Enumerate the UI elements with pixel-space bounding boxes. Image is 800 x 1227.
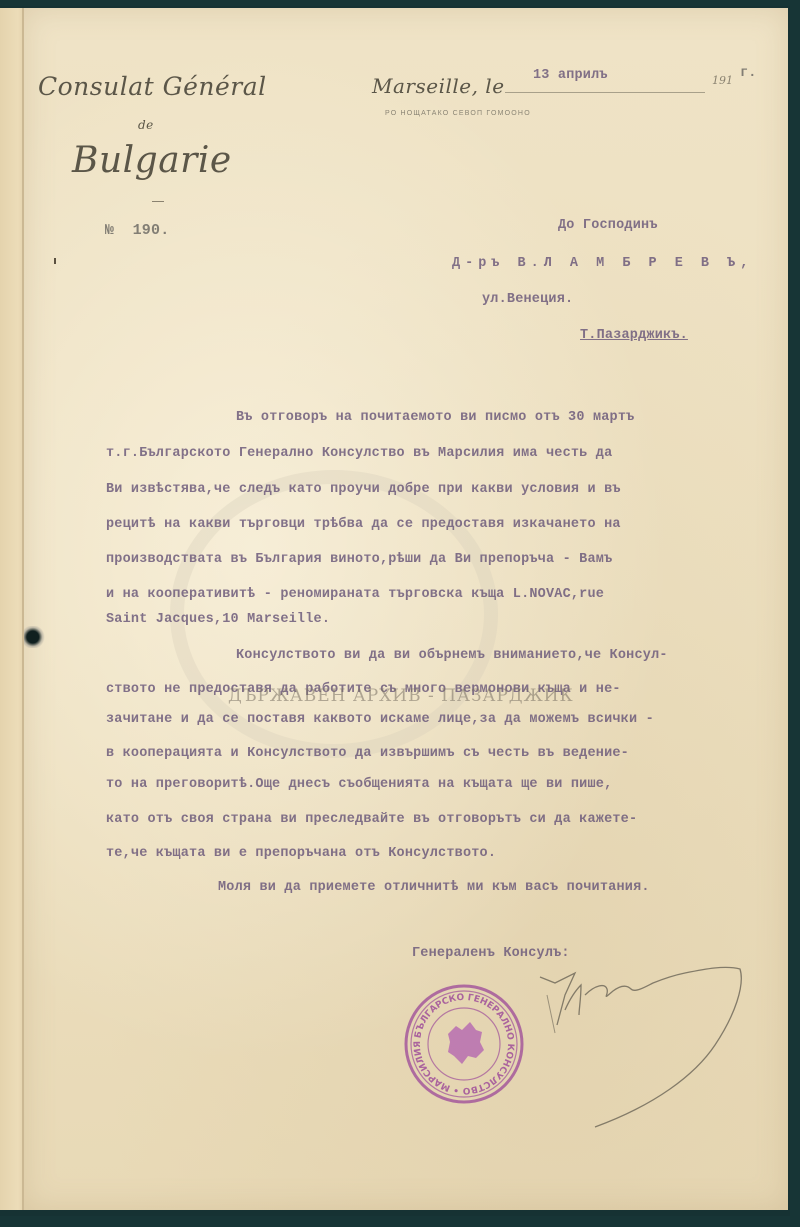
letterhead-rule (152, 201, 164, 202)
year-suffix: г. (740, 66, 757, 81)
body-line: Saint Jacques,10 Marseille. (106, 612, 330, 627)
body-line: Консулството ви да ви обърнемъ вниманиет… (236, 648, 668, 663)
letterhead-de: de (138, 118, 154, 132)
letterhead-printed-subline: РО НОЩАТАКО СЕВОП ГОМООНО (385, 110, 531, 117)
addressee-city: Т.Пазарджикъ. (580, 328, 688, 343)
addressee-street: ул.Венеция. (482, 292, 573, 307)
letterhead-year-prefix: 191 (712, 74, 733, 87)
body-line: Въ отговоръ на почитаемото ви писмо отъ … (236, 410, 634, 425)
paper-mark (54, 258, 56, 264)
body-line: като отъ своя страна ви преследвайте въ … (106, 812, 637, 827)
body-line: зачитане и да се поставя каквото искаме … (106, 712, 654, 727)
addressee-salutation: До Господинъ (558, 218, 658, 233)
letterhead-place: Marseille, le (372, 74, 505, 98)
body-line: производствата въ България виното,рѣши д… (106, 552, 612, 567)
letterhead-bulgarie: Bulgarie (72, 140, 232, 181)
addressee-name: Д-ръ В.Л А М Б Р Е В Ъ, (452, 256, 753, 271)
body-line: те,че къщата ви е препоръчана отъ Консул… (106, 846, 496, 861)
binding-hole-icon (24, 626, 46, 648)
letter-date: 13 априлъ (533, 68, 608, 83)
date-underline (505, 92, 705, 93)
reference-number: № 190. (105, 222, 169, 239)
body-line: Моля ви да приемете отличнитѣ ми към вас… (218, 880, 650, 895)
body-line: и на кооперативитѣ - реномираната търгов… (106, 587, 604, 602)
body-line: Ви извѣстява,че следъ като проучи добре … (106, 482, 621, 497)
handwritten-signature-icon (535, 955, 755, 1130)
letterhead-consulat: Consulat Général (38, 72, 267, 101)
body-line: рецитѣ на какви търговци трѣбва да се пр… (106, 517, 621, 532)
body-line: т.г.Българското Генерално Консулство въ … (106, 446, 612, 461)
archive-watermark: ДЪРЖАВЕН АРХИВ - ПАЗАРДЖИК (228, 686, 574, 706)
consulate-seal-icon: БЪЛГАРСКО ГЕНЕРАЛНО КОНСУЛСТВО • МАРСИЛИ… (402, 982, 526, 1106)
body-line: в кооперацията и Консулството да извърши… (106, 746, 629, 761)
body-line: то на преговоритѣ.Още днесъ съобщенията … (106, 777, 612, 792)
